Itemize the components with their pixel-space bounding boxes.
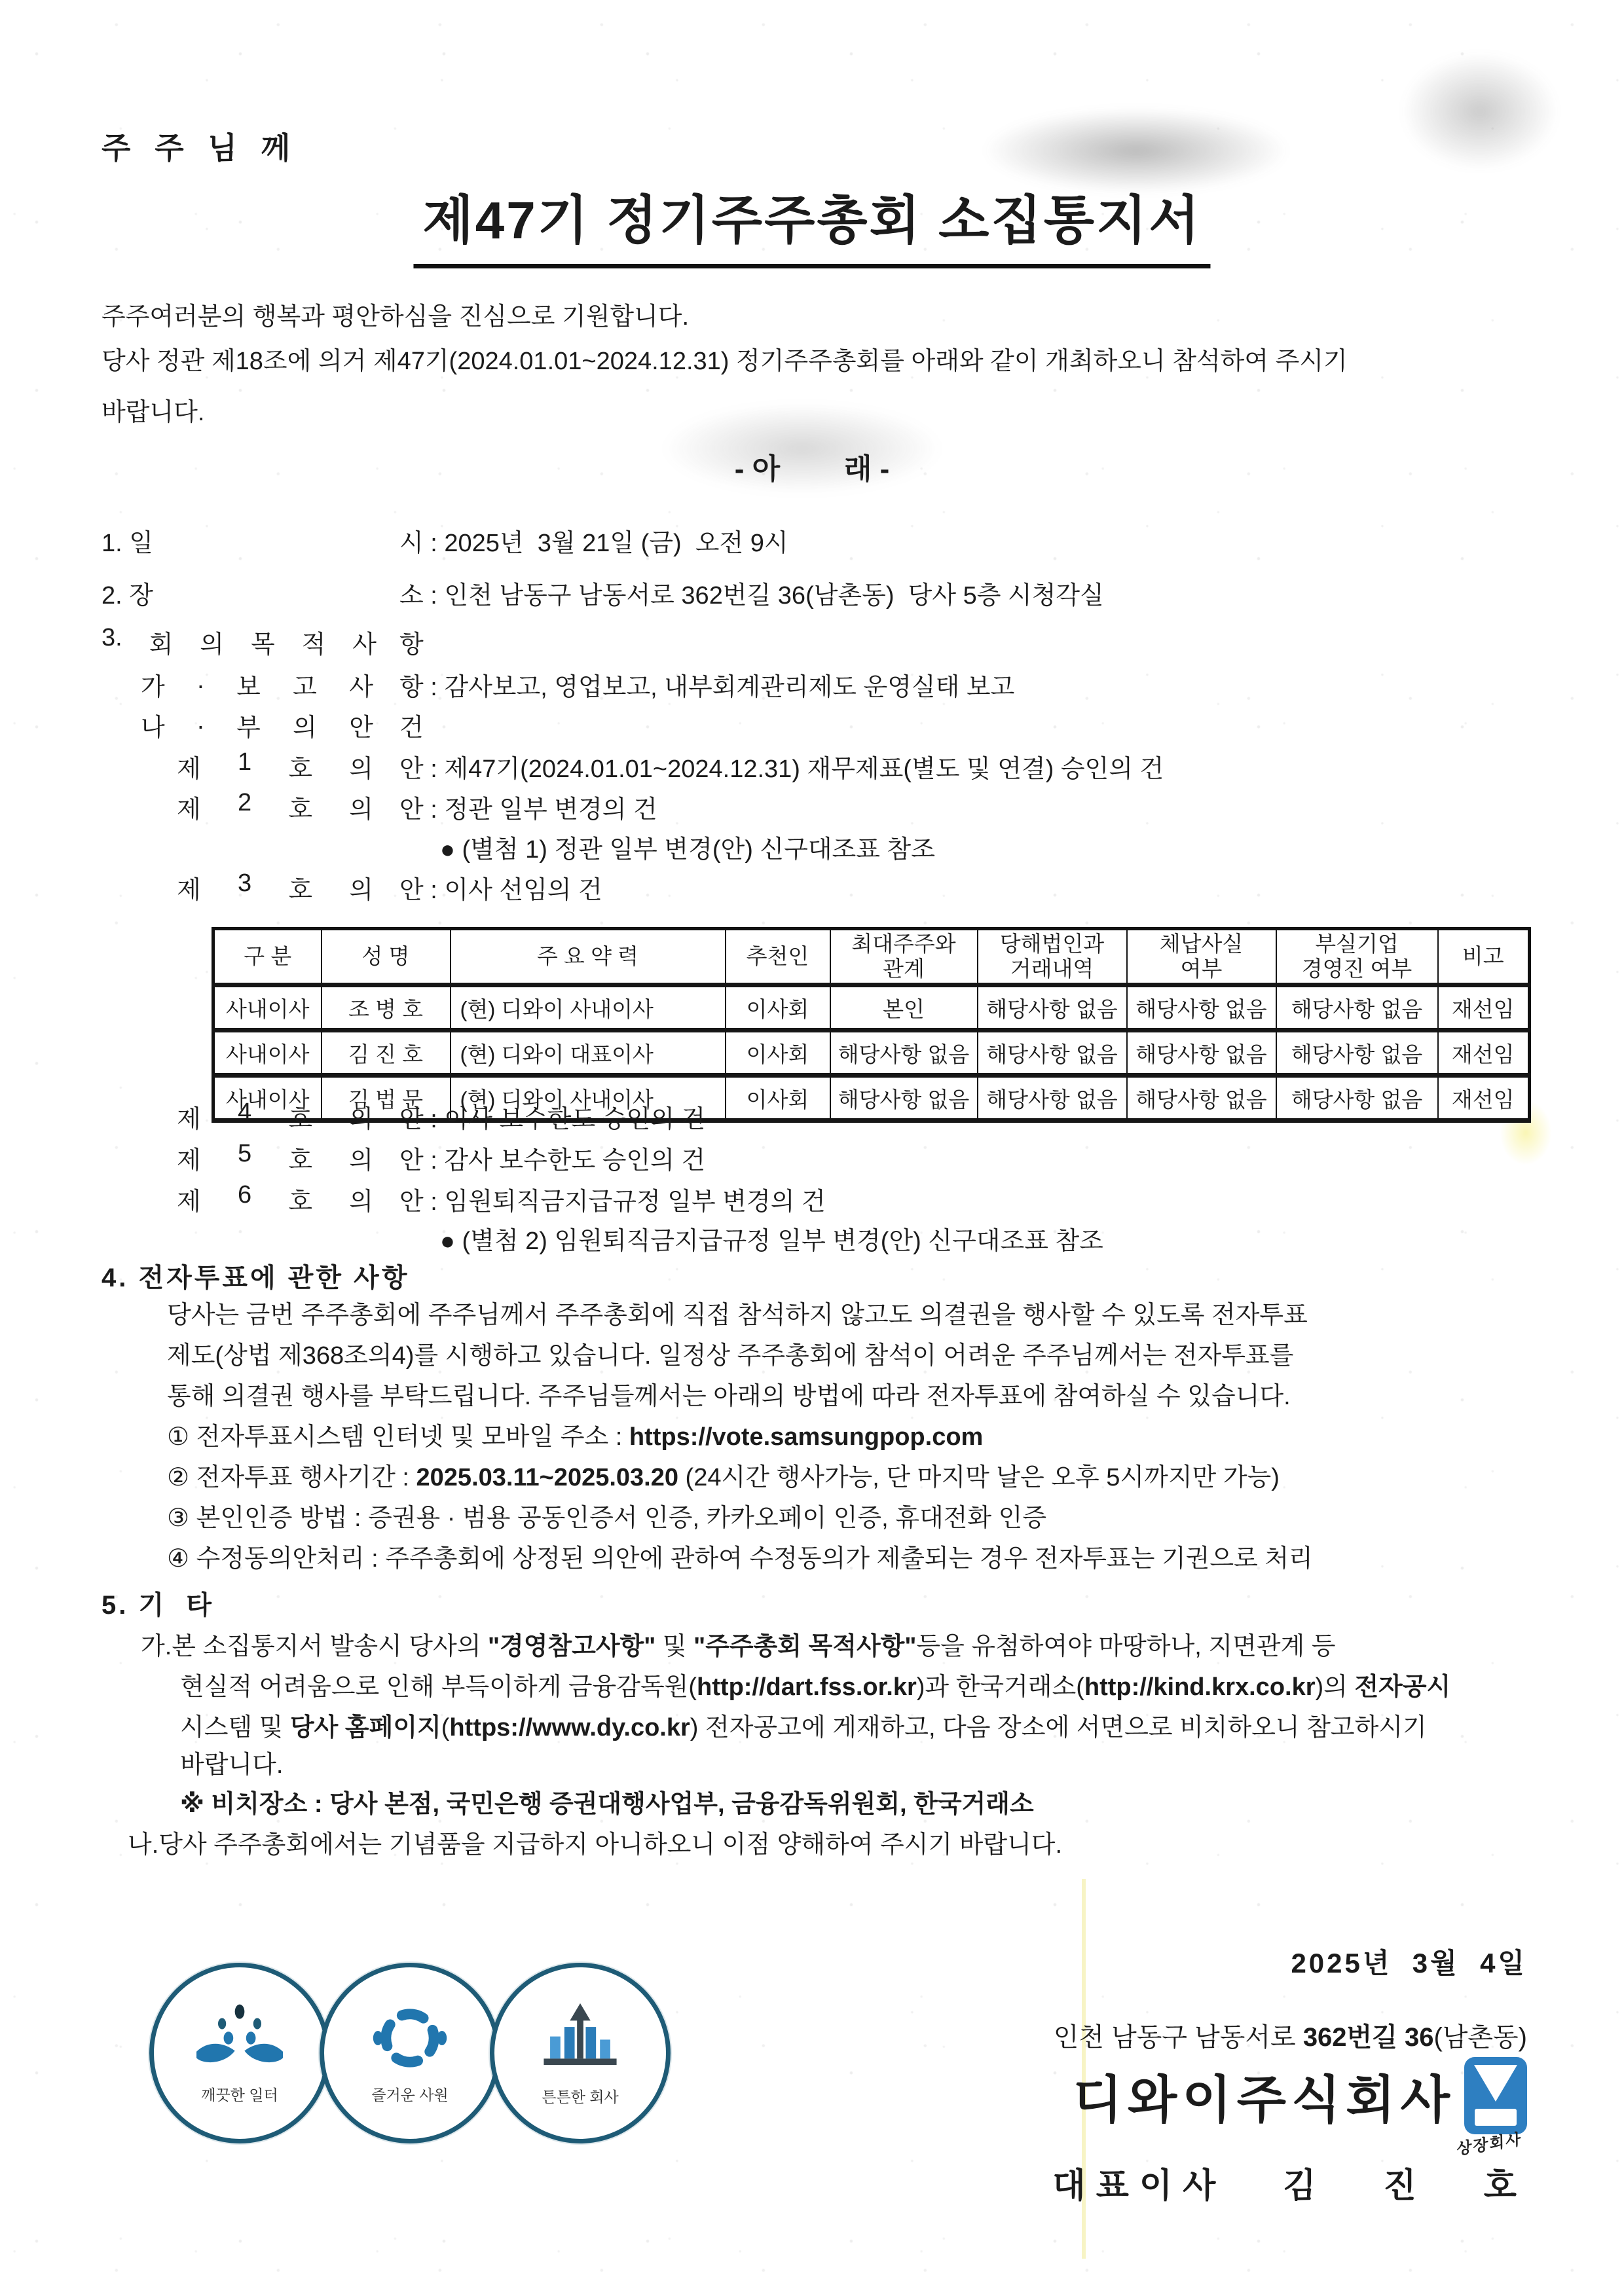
evote-point-4: ④ 수정동의안처리 : 주주총회에 상정된 의안에 관하여 수정동의가 제출되는…: [167, 1539, 1313, 1579]
label-token: 회: [149, 624, 174, 660]
issue-date: 2025년 3월 4일: [1291, 1942, 1527, 1981]
text-segment: 시스템 및: [180, 1714, 290, 1741]
label-token: 6: [238, 1181, 251, 1217]
table-cell: 해당사항 없음: [1127, 985, 1276, 1030]
table-header-cell: 부실기업 경영진 여부: [1276, 929, 1438, 985]
item-content: 항 : 감사보고, 영업보고, 내부회계관리제도 운영실태 보고: [399, 666, 1014, 702]
people-circle-icon: [361, 2002, 459, 2074]
table-cell: 재선임: [1438, 1030, 1530, 1076]
growth-chart-icon: [531, 2000, 629, 2076]
below-divider: - 아 래 -: [735, 445, 890, 487]
text-segment: 362번길 36: [1303, 2023, 1434, 2052]
logo-label: 즐거운 사원: [371, 2083, 448, 2105]
text-segment: http://dart.fss.or.kr: [697, 1673, 917, 1701]
agenda-content: 안 : 감사 보수한도 승인의 건: [399, 1140, 705, 1176]
intro-line: 주주여러분의 행복과 평안하심을 진심으로 기원합니다.: [101, 296, 689, 332]
table-cell: 이사회: [726, 985, 830, 1030]
table-row: 사내이사김 진 호(현) 디와이 대표이사이사회해당사항 없음해당사항 없음해당…: [213, 1030, 1530, 1076]
item-content: 시 : 2025년 3월 21일 (금) 오전 9시: [399, 522, 788, 558]
evote-paragraph-line: 제도(상법 제368조의4)를 시행하고 있습니다. 일정상 주주총회에 참석이…: [167, 1336, 1293, 1376]
logo-circle-happy-employees: 즐거운 사원: [320, 1963, 500, 2143]
company-name: 디와이주식회사: [1073, 2059, 1455, 2132]
table-cell: 해당사항 없음: [1127, 1030, 1276, 1076]
text-segment: 가.본 소집통지서 발송시 당사의: [141, 1633, 488, 1660]
label-token: 가: [141, 666, 165, 702]
stamp-triangle: [1474, 2065, 1517, 2102]
label-token: 3.: [101, 624, 122, 660]
label-token: .: [197, 666, 204, 702]
table-cell: 이사회: [726, 1030, 830, 1076]
label-token: 사: [349, 666, 373, 702]
logo-label: 깨끗한 일터: [201, 2083, 278, 2105]
text-segment: http://kind.krx.co.kr: [1084, 1673, 1316, 1701]
table-cell: 해당사항 없음: [1127, 1076, 1276, 1121]
logo-circle-strong-company: 튼튼한 회사: [490, 1963, 671, 2143]
text-segment: (24시간 행사가능, 단 마지막 날은 오후 5시까지만 가능): [678, 1464, 1280, 1491]
label-token: 제: [177, 869, 201, 905]
item-content: 항: [399, 624, 424, 660]
evote-paragraph-line: 통해 의결권 행사를 부탁드립니다. 주주님들께서는 아래의 방법에 따라 전자…: [167, 1376, 1291, 1417]
evote-point-3: ③ 본인인증 방법 : 증권용 · 범용 공동인증서 인증, 카카오페이 인증,…: [167, 1498, 1046, 1539]
item-row-agenda-heading: 3.회의목적사 항: [101, 624, 424, 660]
agenda-row-4: 제4호의 안 : 이사 보수한도 승인의 건: [177, 1099, 705, 1135]
label-token: 호: [288, 1140, 312, 1176]
text-segment: 당사 홈페이지: [290, 1714, 441, 1741]
directors-table: 구 분성 명주 요 약 력추천인최대주주와 관계당해법인과 거래내역체납사실 여…: [212, 927, 1531, 1123]
table-cell: 해당사항 없음: [978, 985, 1127, 1030]
label-token: 호: [288, 1181, 312, 1217]
text-segment: https://vote.samsungpop.com: [629, 1423, 983, 1451]
table-cell: 조 병 호: [322, 985, 451, 1030]
label-token: 의: [349, 1181, 373, 1217]
drop-hands-icon: [191, 2002, 289, 2074]
recipient-label: 주 주 님 께: [101, 124, 298, 168]
ceo-signature: 대표이사 김 진 호: [1052, 2158, 1527, 2207]
label-token: 호: [288, 1099, 312, 1135]
company-stamp-icon: 상장회사: [1464, 2057, 1527, 2134]
table-cell: (현) 디와이 사내이사: [451, 985, 726, 1030]
table-cell: 사내이사: [213, 985, 322, 1030]
label-token: 2: [238, 789, 251, 825]
text-segment: 및: [655, 1633, 693, 1660]
label-token: 제: [177, 748, 201, 784]
text-segment: 2025.03.11~2025.03.20: [416, 1464, 678, 1491]
souvenir-note: 나.당사 주주총회에서는 기념품을 지급하지 아니하오니 이점 양해하여 주시기…: [128, 1825, 1062, 1865]
table-cell: 이사회: [726, 1076, 830, 1121]
evote-section-heading: 4. 전자투표에 관한 사항: [101, 1257, 409, 1294]
table-cell: 해당사항 없음: [1276, 985, 1438, 1030]
agenda-row-2: 제2호의 안 : 정관 일부 변경의 건: [177, 789, 657, 825]
item-row-place: 2. 장 소 : 인천 남동구 남동서로 362번길 36(남촌동) 당사 5층…: [101, 575, 1104, 611]
table-cell: 해당사항 없음: [978, 1030, 1127, 1076]
table-cell: 해당사항 없음: [1276, 1030, 1438, 1076]
table-cell: 해당사항 없음: [1276, 1076, 1438, 1121]
text-segment: (남촌동): [1433, 2023, 1527, 2052]
table-cell: 재선임: [1438, 985, 1530, 1030]
attachment-note-2: ● (별첨 2) 임원퇴직금지급규정 일부 변경(안) 신구대조표 참조: [440, 1220, 1103, 1256]
evote-point-2: ② 전자투표 행사기간 : 2025.03.11~2025.03.20 (24시…: [167, 1457, 1280, 1498]
label-token: 제: [177, 789, 201, 825]
label-token: 제: [177, 1181, 201, 1217]
notice-document-page: 주 주 님 께 제47기 정기주주총회 소집통지서 주주여러분의 행복과 평안하…: [0, 0, 1624, 2296]
text-segment: "경영참고사항": [488, 1633, 655, 1660]
label-token: 목: [251, 624, 275, 660]
label-token: 1: [238, 748, 251, 784]
table-cell: (현) 디와이 대표이사: [451, 1030, 726, 1076]
table-cell: 본인: [830, 985, 978, 1030]
agenda-content: 안 : 정관 일부 변경의 건: [399, 789, 657, 825]
text-segment: ) 전자공고에 게재하고, 다음 장소에 서면으로 비치하오니 참고하시기: [690, 1714, 1427, 1741]
intro-line: 당사 정관 제18조에 의거 제47기(2024.01.01~2024.12.3…: [101, 340, 1348, 376]
agenda-label: 제2호의: [177, 789, 373, 825]
label-token: 의: [349, 869, 373, 905]
table-header-cell: 비고: [1438, 929, 1530, 985]
agenda-content: 안 : 제47기(2024.01.01~2024.12.31) 재무제표(별도 …: [399, 748, 1164, 784]
item-row-datetime: 1. 일 시 : 2025년 3월 21일 (금) 오전 9시: [101, 522, 788, 558]
label-token: 의: [349, 748, 373, 784]
etc-section-heading: 5. 기 타: [101, 1584, 214, 1622]
item-label: 2. 장: [101, 575, 399, 611]
company-address: 인천 남동구 남동서로 362번길 36(남촌동): [1054, 2016, 1527, 2054]
table-cell: 사내이사: [213, 1030, 322, 1076]
table-header-cell: 추천인: [726, 929, 830, 985]
agenda-label: 제6호의: [177, 1181, 373, 1217]
label-token: 의: [349, 1099, 373, 1135]
item-content: 건: [399, 707, 424, 743]
label-token: 의: [349, 1140, 373, 1176]
agenda-label: 제4호의: [177, 1099, 373, 1135]
table-header-cell: 체납사실 여부: [1127, 929, 1276, 985]
label-token: 호: [288, 789, 312, 825]
text-segment: https://www.dy.co.kr: [449, 1714, 690, 1741]
label-token: 호: [288, 748, 312, 784]
agenda-row-6: 제6호의 안 : 임원퇴직금지급규정 일부 변경의 건: [177, 1181, 826, 1217]
attachment-note-1: ● (별첨 1) 정관 일부 변경(안) 신구대조표 참조: [440, 829, 935, 865]
item-label: 나.부의안: [141, 707, 373, 743]
text-segment: ③ 본인인증 방법 : 증권용 · 범용 공동인증서 인증, 카카오페이 인증,…: [167, 1504, 1046, 1532]
label-token: 제: [177, 1140, 201, 1176]
table-header-cell: 주 요 약 력: [451, 929, 726, 985]
text-segment: ④ 수정동의안처리 : 주주총회에 상정된 의안에 관하여 수정동의가 제출되는…: [167, 1545, 1313, 1573]
label-token: 4: [238, 1099, 251, 1135]
text-segment: "주주총회 목적사항": [693, 1633, 916, 1660]
table-header-cell: 성 명: [322, 929, 451, 985]
label-token: 안: [349, 707, 373, 743]
scan-smudge: [1401, 52, 1559, 170]
logo-label: 튼튼한 회사: [542, 2085, 618, 2107]
label-token: 사: [352, 624, 377, 660]
label-token: 부: [236, 707, 261, 743]
stamp-caption: 상장회사: [1456, 2126, 1522, 2159]
agenda-label: 제5호의: [177, 1140, 373, 1176]
agenda-label: 제1호의: [177, 748, 373, 784]
item-label: 3.회의목적사: [101, 624, 377, 660]
text-segment: 등을 유첨하여야 마땅하나, 지면관계 등: [916, 1633, 1335, 1660]
agenda-content: 안 : 이사 보수한도 승인의 건: [399, 1099, 705, 1135]
intro-line: 바랍니다.: [101, 392, 204, 428]
table-cell: 재선임: [1438, 1076, 1530, 1121]
agenda-row-1: 제1호의 안 : 제47기(2024.01.01~2024.12.31) 재무제…: [177, 748, 1164, 784]
agenda-row-5: 제5호의 안 : 감사 보수한도 승인의 건: [177, 1140, 705, 1176]
text-segment: 현실적 어려움으로 인해 부득이하게 금융감독원(: [180, 1673, 697, 1701]
agenda-content: 안 : 이사 선임의 건: [399, 869, 602, 905]
label-token: 의: [200, 624, 224, 660]
table-cell: 해당사항 없음: [830, 1076, 978, 1121]
stamp-bar: [1475, 2109, 1517, 2126]
evote-point-1: ① 전자투표시스템 인터넷 및 모바일 주소 : https://vote.sa…: [167, 1417, 983, 1457]
label-token: 나: [141, 707, 165, 743]
item-content: 소 : 인천 남동구 남동서로 362번길 36(남촌동) 당사 5층 시청각실: [399, 575, 1104, 611]
table-cell: 해당사항 없음: [830, 1030, 978, 1076]
table-header-cell: 최대주주와 관계: [830, 929, 978, 985]
text-segment: (: [441, 1714, 450, 1741]
etc-line: 바랍니다.: [180, 1745, 283, 1785]
label-token: 호: [288, 869, 312, 905]
table-cell: 해당사항 없음: [978, 1076, 1127, 1121]
table-header-cell: 당해법인과 거래내역: [978, 929, 1127, 985]
etc-line: 시스템 및 당사 홈페이지(https://www.dy.co.kr) 전자공고…: [180, 1707, 1427, 1748]
label-token: 5: [238, 1140, 251, 1176]
label-token: 3: [238, 869, 251, 905]
label-token: 제: [177, 1099, 201, 1135]
storage-locations-note: ※ 비치장소 : 당사 본점, 국민은행 증권대행사업부, 금융감독위원회, 한…: [180, 1784, 1034, 1825]
text-segment: ② 전자투표 행사기간 :: [167, 1464, 416, 1491]
document-title: 제47기 정기주주총회 소집통지서: [413, 178, 1210, 268]
etc-line: 가.본 소집통지서 발송시 당사의 "경영참고사항" 및 "주주총회 목적사항"…: [141, 1626, 1336, 1667]
agenda-label: 제3호의: [177, 869, 373, 905]
text-segment: )과 한국거래소(: [917, 1673, 1084, 1701]
agenda-row-3: 제3호의 안 : 이사 선임의 건: [177, 869, 602, 905]
company-signature-row: 디와이주식회사 상장회사: [1073, 2057, 1527, 2134]
item-label: 가.보고사: [141, 666, 373, 702]
brand-logos: 깨끗한 일터 즐거운 사원 튼튼한 회사: [149, 1963, 671, 2143]
table-row: 사내이사조 병 호(현) 디와이 사내이사이사회본인해당사항 없음해당사항 없음…: [213, 985, 1530, 1030]
item-label: 1. 일: [101, 522, 399, 558]
label-token: 고: [293, 666, 317, 702]
label-token: 보: [236, 666, 261, 702]
logo-circle-clean-workplace: 깨끗한 일터: [149, 1963, 330, 2143]
text-segment: 인천 남동구 남동서로: [1054, 2023, 1303, 2052]
table-header-cell: 구 분: [213, 929, 322, 985]
label-token: 의: [349, 789, 373, 825]
report-items-row: 가.보고사 항 : 감사보고, 영업보고, 내부회계관리제도 운영실태 보고: [141, 666, 1014, 702]
evote-paragraph-line: 당사는 금번 주주총회에 주주님께서 주주총회에 직접 참석하지 않고도 의결권…: [167, 1295, 1308, 1336]
etc-line: 현실적 어려움으로 인해 부득이하게 금융감독원(http://dart.fss…: [180, 1667, 1450, 1707]
label-token: 의: [293, 707, 317, 743]
text-segment: )의: [1316, 1673, 1355, 1701]
agenda-content: 안 : 임원퇴직금지급규정 일부 변경의 건: [399, 1181, 826, 1217]
text-segment: ① 전자투표시스템 인터넷 및 모바일 주소 :: [167, 1423, 629, 1451]
resolution-items-row: 나.부의안 건: [141, 707, 424, 743]
table-cell: 김 진 호: [322, 1030, 451, 1076]
label-token: .: [197, 707, 204, 743]
label-token: 적: [302, 624, 326, 660]
text-segment: 전자공시: [1354, 1673, 1450, 1701]
